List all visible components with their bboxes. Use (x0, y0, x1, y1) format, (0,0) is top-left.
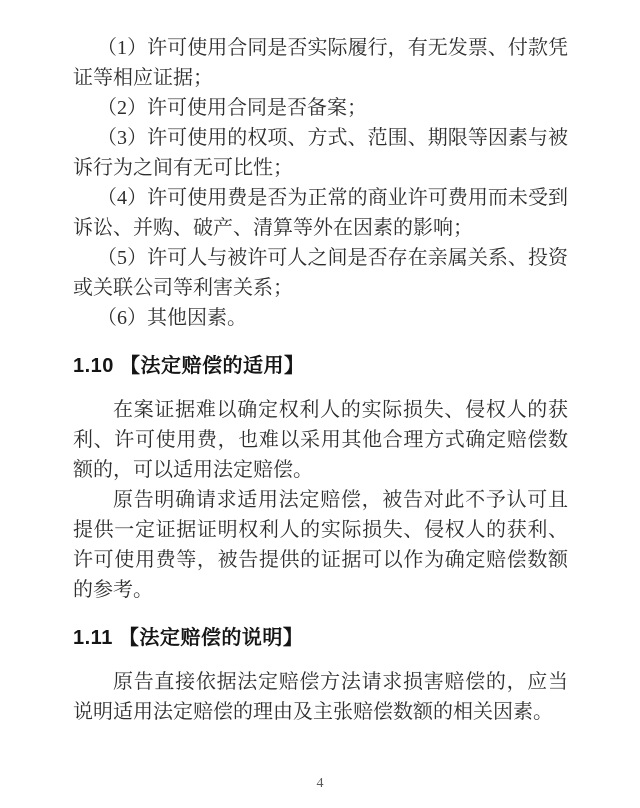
section-1-10-paragraph-2: 原告明确请求适用法定赔偿，被告对此不予认可且提供一定证据证明权利人的实际损失、侵… (73, 485, 568, 605)
list-item-2: （2）许可使用合同是否备案； (73, 93, 568, 123)
section-heading-1-11: 1.11 【法定赔偿的说明】 (73, 623, 568, 653)
list-item-3: （3）许可使用的权项、方式、范围、期限等因素与被诉行为之间有无可比性； (73, 123, 568, 183)
list-item-1: （1）许可使用合同是否实际履行，有无发票、付款凭证等相应证据； (73, 33, 568, 93)
list-item-4: （4）许可使用费是否为正常的商业许可费用而未受到诉讼、并购、破产、清算等外在因素… (73, 183, 568, 243)
section-1-10-paragraph-1: 在案证据难以确定权利人的实际损失、侵权人的获利、许可使用费，也难以采用其他合理方… (73, 395, 568, 485)
list-item-6: （6）其他因素。 (73, 303, 568, 333)
document-page: （1）许可使用合同是否实际履行，有无发票、付款凭证等相应证据； （2）许可使用合… (0, 0, 640, 808)
list-item-5: （5）许可人与被许可人之间是否存在亲属关系、投资或关联公司等利害关系； (73, 243, 568, 303)
section-heading-1-10: 1.10 【法定赔偿的适用】 (73, 351, 568, 381)
page-number: 4 (0, 776, 640, 792)
page-content: （1）许可使用合同是否实际履行，有无发票、付款凭证等相应证据； （2）许可使用合… (73, 33, 568, 727)
section-1-11-paragraph-1: 原告直接依据法定赔偿方法请求损害赔偿的，应当说明适用法定赔偿的理由及主张赔偿数额… (73, 667, 568, 727)
